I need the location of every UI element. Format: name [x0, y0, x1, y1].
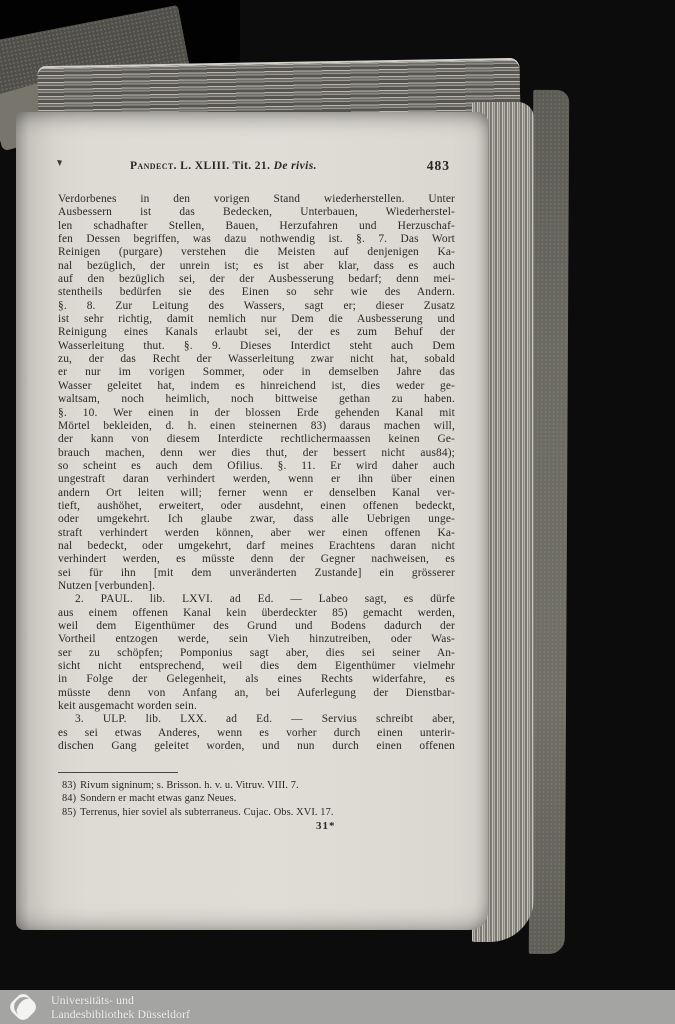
- body-line: nal bedeckt, oder umgekehrt, darf meines…: [58, 540, 455, 553]
- footnote-rule: [58, 772, 178, 773]
- book-page: Pandect. L. XLIII. Tit. 21. De rivis. 48…: [16, 112, 488, 930]
- library-watermark-bar: Universitäts- und Landesbibliothek Düsse…: [0, 990, 675, 1024]
- body-line: oder umgekehrt. Ich glaube zwar, dass al…: [58, 513, 455, 526]
- body-line: ungestraft daran verhindert werden, wenn…: [58, 473, 455, 486]
- body-line: Vortheil entzogen werde, sein Vieh hinzu…: [58, 633, 455, 646]
- body-line: len schadhafter Stellen, Bauen, Herzufah…: [58, 220, 455, 233]
- body-line: stentheils bedürfen sie des Einen so seh…: [58, 286, 455, 299]
- body-line: müsste denn von Anfang an, bei Auferlegu…: [58, 687, 455, 700]
- body-line: weil dem Eigenthümer des Grund und Boden…: [58, 620, 455, 633]
- body-line: in Folge der Gelegenheit, als eines Rech…: [58, 673, 455, 686]
- page-number: 483: [427, 158, 450, 174]
- watermark-line1: Universitäts- und: [51, 993, 190, 1007]
- footnote-text: Rivum signinum; s. Brisson. h. v. u. Vit…: [80, 780, 299, 791]
- body-line: Mörtel bekleiden, d. h. einen steinernen…: [58, 420, 455, 433]
- body-line: Verdorbenes in den vorigen Stand wiederh…: [58, 193, 455, 206]
- ulb-duesseldorf-logo-icon: [5, 991, 43, 1023]
- body-line: dischen Gang geleitet worden, und nun du…: [58, 740, 455, 753]
- body-line: auf den bezüglich sei, der der Ausbesser…: [58, 273, 455, 286]
- body-line: 3. ULP. lib. LXX. ad Ed. — Servius schre…: [58, 713, 455, 726]
- body-line: Nutzen [verbunden].: [58, 580, 455, 593]
- footnote-text: Terrenus, hier soviel als subterraneus. …: [80, 807, 333, 818]
- body-line: andern Ort leiten will; ferner wenn er d…: [58, 487, 455, 500]
- body-line: §. 10. Wer einen in der blossen Erde geh…: [58, 407, 455, 420]
- photo-background: Pandect. L. XLIII. Tit. 21. De rivis. 48…: [0, 0, 675, 1024]
- book-cover-right: [529, 90, 570, 954]
- footnote: 83)Rivum signinum; s. Brisson. h. v. u. …: [62, 779, 455, 792]
- body-line: keit ausgemacht worden sein.: [58, 700, 455, 713]
- work-abbreviation: Pandect.: [130, 160, 177, 172]
- body-line: Reinigen (purgare) verstehen die Meisten…: [58, 246, 455, 259]
- body-line: fen Dessen begriffen, was dazu nothwendi…: [58, 233, 455, 246]
- body-line: Wasser geleitet hat, indem es hinreichen…: [58, 380, 455, 393]
- body-line: straft verhindert werden können, aber we…: [58, 527, 455, 540]
- body-line: brauch machen, denn wer dies thut, der b…: [58, 447, 455, 460]
- body-line: Wasserleitung thut. §. 9. Dieses Interdi…: [58, 340, 455, 353]
- body-line: zu, der das Recht der Wasserleitung zwar…: [58, 353, 455, 366]
- body-text: Verdorbenes in den vorigen Stand wiederh…: [58, 193, 455, 753]
- running-title: Pandect. L. XLIII. Tit. 21. De rivis.: [130, 160, 317, 172]
- body-line: nal bezüglich, der unrein ist; es ist ab…: [58, 260, 455, 273]
- footnote-text: Sondern er macht etwas ganz Neues.: [80, 793, 236, 804]
- body-line: es sei etwas Anderes, wenn es vorher dur…: [58, 727, 455, 740]
- body-line: §. 8. Zur Leitung des Wassers, sagt er; …: [58, 300, 455, 313]
- signature-mark: 31*: [316, 820, 336, 832]
- running-head: Pandect. L. XLIII. Tit. 21. De rivis. 48…: [58, 160, 456, 176]
- footnote: 84)Sondern er macht etwas ganz Neues.: [62, 792, 455, 805]
- watermark-line2: Landesbibliothek Düsseldorf: [51, 1007, 190, 1021]
- body-line: so scheint es auch dem Ofilius. §. 11. E…: [58, 460, 455, 473]
- body-line: Ausbessern ist das Bedecken, Unterbauen,…: [58, 206, 455, 219]
- body-line: Reinigung eines Kanals erlaubt sei, der …: [58, 326, 455, 339]
- work-reference: L. XLIII. Tit. 21.: [180, 160, 270, 172]
- body-line: sicht nicht entsprechend, weil dies dem …: [58, 660, 455, 673]
- body-line: verhindert werden, es müsste denn der Ge…: [58, 553, 455, 566]
- body-line: er nur im vorigen Sommer, oder in demsel…: [58, 366, 455, 379]
- footnote: 85)Terrenus, hier soviel als subterraneu…: [62, 806, 455, 819]
- body-line: 2. PAUL. lib. LXVI. ad Ed. — Labeo sagt,…: [58, 593, 455, 606]
- footnote-number: 85): [62, 807, 76, 818]
- body-line: ser zu schöpfen; Pomponius sagt aber, di…: [58, 647, 455, 660]
- chapter-title: De rivis.: [274, 160, 317, 172]
- body-line: waltsam, noch heimlich, noch bittweise g…: [58, 393, 455, 406]
- body-line: ist sehr richtig, damit nemlich nur Dem …: [58, 313, 455, 326]
- body-line: tieft, aushöhet, erweitert, oder ausdehn…: [58, 500, 455, 513]
- watermark-text: Universitäts- und Landesbibliothek Düsse…: [51, 993, 190, 1021]
- footnote-number: 83): [62, 780, 76, 791]
- body-line: sei für ihn [mit dem unveränderten Zusta…: [58, 567, 455, 580]
- footnotes: 83)Rivum signinum; s. Brisson. h. v. u. …: [62, 779, 455, 819]
- body-line: der kann von diesem Interdicte rechtlich…: [58, 433, 455, 446]
- footnote-number: 84): [62, 793, 76, 804]
- body-line: aus einem offenen Kanal kein überdeckter…: [58, 607, 455, 620]
